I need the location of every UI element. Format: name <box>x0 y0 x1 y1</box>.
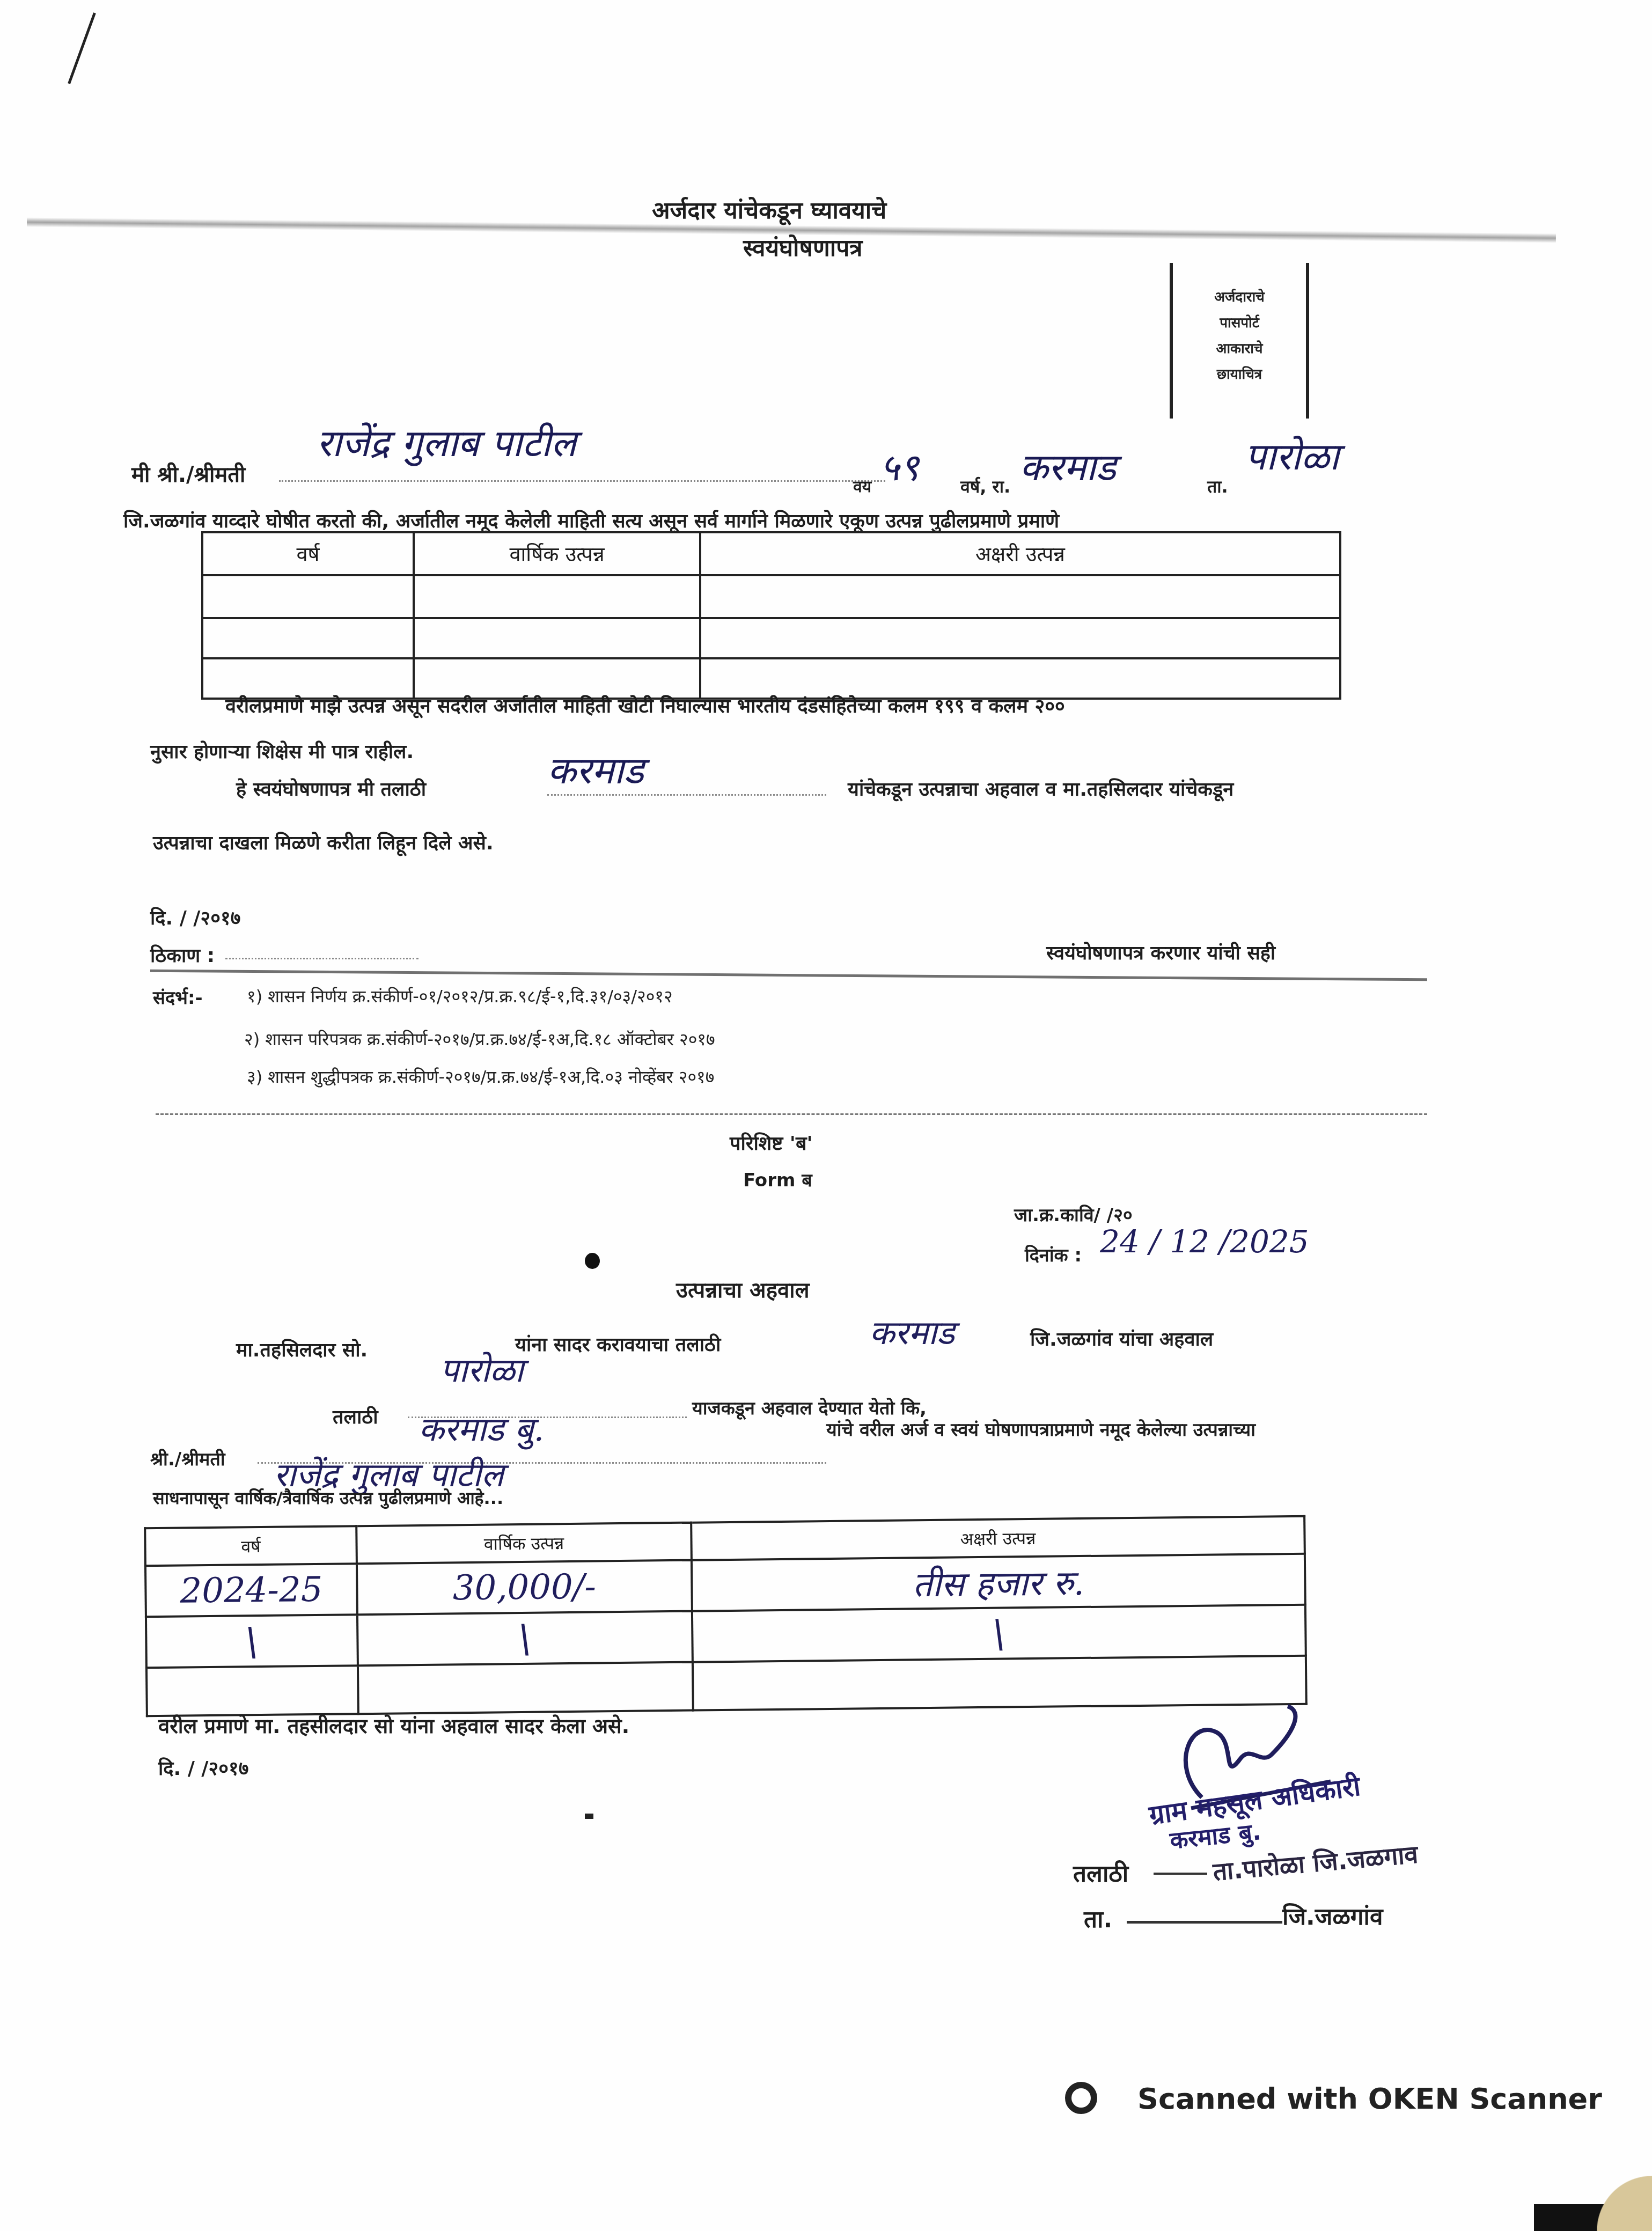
self-declaration-income-table: वर्ष वार्षिक उत्पन्न अक्षरी उत्पन्न <box>201 531 1341 700</box>
report-closing-line: वरील प्रमाणे मा. तहसीलदार सो यांना अहवाल… <box>158 1712 629 1740</box>
age-label: वय <box>853 475 871 497</box>
report-date-label: दिनांक : <box>1025 1242 1082 1267</box>
col-annual-income-header: वार्षिक उत्पन्न <box>356 1523 692 1564</box>
income-report-title: उत्पन्नाचा अहवाल <box>676 1274 810 1304</box>
oken-scanner-logo-icon <box>1065 2082 1097 2114</box>
talathi-signature-label: तलाठी <box>1073 1856 1128 1889</box>
self-declaration-subtitle: स्वयंघोषणापत्र <box>743 231 862 263</box>
talathi-field-line <box>547 794 826 796</box>
declaration-para-3: उत्पन्नाचा दाखला मिळणे करीता लिहून दिले … <box>153 829 494 855</box>
declaration-line: जि.जळगांव याव्दारे घोषीत करतो की, अर्जात… <box>123 507 1059 533</box>
scanned-document-page: अर्जदार यांचेकडून घ्यावयाचे स्वयंघोषणापत… <box>0 0 1652 2231</box>
report-talathi-handwritten: करमाड <box>869 1309 955 1354</box>
name-label: मी श्री./श्रीमती <box>131 459 245 488</box>
report-line-3-suffix: यांचे वरील अर्ज व स्वयं घोषणापत्राप्रमाण… <box>826 1417 1255 1441</box>
taluka-line <box>1127 1921 1282 1924</box>
form-label: Form ब <box>743 1167 812 1192</box>
place-field-line <box>225 958 418 959</box>
annual-income-cell: 30,000/- <box>357 1560 692 1615</box>
report-line-1-mid: यांना सादर करावयाचा तलाठी <box>515 1331 721 1357</box>
taluka-handwritten: पारोळा <box>1245 429 1339 481</box>
declaration-para-1: वरीलप्रमाणे माझे उत्पन्न असून सदरील अर्ज… <box>225 692 1065 718</box>
years-label: वर्ष, रा. <box>960 475 1010 498</box>
report-line-4: साधनापासून वार्षिक/त्रैवार्षिक उत्पन्न प… <box>153 1486 503 1509</box>
report-talathi-bu-handwritten: करमाड बु. <box>418 1406 544 1451</box>
references-label: संदर्भ:- <box>153 985 203 1009</box>
section-separator <box>156 1113 1427 1115</box>
age-handwritten: ५९ <box>880 440 919 491</box>
table-row <box>202 575 1340 618</box>
col-income-in-words-header: अक्षरी उत्पन्न <box>700 532 1340 575</box>
income-report-table: वर्ष वार्षिक उत्पन्न अक्षरी उत्पन्न 2024… <box>144 1515 1308 1718</box>
income-in-words-cell: तीस हजार रु. <box>692 1554 1305 1611</box>
report-line-1-suffix: जि.जळगांव यांचा अहवाल <box>1030 1325 1213 1352</box>
declaration-para-1b: नुसार होणाऱ्या शिक्षेस मी पात्र राहील. <box>150 738 414 764</box>
declaration-para-2-prefix: हे स्वयंघोषणापत्र मी तलाठी <box>236 775 426 802</box>
photo-placeholder-box: अर्जदाराचे पासपोर्ट आकाराचे छायाचित्र <box>1170 263 1309 419</box>
declarant-signature-label: स्वयंघोषणापत्र करणार यांची सही <box>1046 939 1275 965</box>
name-handwritten: राजेंद्र गुलाब पाटील <box>317 416 576 467</box>
photo-box-line: छायाचित्र <box>1217 362 1262 387</box>
appendix-label: परिशिष्ट 'ब' <box>730 1129 812 1156</box>
reference-item: ३) शासन शुद्धीपत्रक क्र.संकीर्ण-२०१७/प्र… <box>247 1065 714 1088</box>
district-label: जि.जळगांव <box>1282 1899 1383 1932</box>
report-closing-date: दि. / /२०१७ <box>158 1755 248 1781</box>
talathi-signature-line <box>1154 1873 1207 1875</box>
place-label: ठिकाण : <box>150 942 215 968</box>
declaration-para-2-suffix: यांचेकडून उत्पन्नाचा अहवाल व मा.तहसिलदार… <box>848 775 1234 802</box>
reference-item: २) शासन परिपत्रक क्र.संकीर्ण-२०१७/प्र.क्… <box>244 1028 715 1051</box>
scanner-watermark-text: Scanned with OKEN Scanner <box>1137 2082 1602 2116</box>
name-field-line <box>279 480 885 482</box>
taluka-label: ता. <box>1207 475 1228 498</box>
col-year-header: वर्ष <box>202 532 414 575</box>
declaration-date: दि. / /२०१७ <box>150 904 240 930</box>
section-divider <box>150 970 1427 981</box>
col-income-in-words-header: अक्षरी उत्पन्न <box>691 1516 1305 1560</box>
photo-box-line: अर्जदाराचे <box>1214 284 1265 310</box>
photo-box-line: आकाराचे <box>1216 336 1262 362</box>
pen-mark <box>68 12 96 84</box>
report-line-2-prefix: तलाठी <box>333 1403 378 1429</box>
report-line-3-prefix: श्री./श्रीमती <box>150 1446 225 1471</box>
background-surface <box>1588 2167 1652 2231</box>
col-annual-income-header: वार्षिक उत्पन्न <box>414 532 700 575</box>
village-handwritten: करमाड <box>1019 440 1116 491</box>
report-line-1-prefix: मा.तहसिलदार सो. <box>236 1336 368 1362</box>
reference-item: १) शासन निर्णय क्र.संकीर्ण-०१/२०१२/प्र.क… <box>247 985 673 1008</box>
self-declaration-title: अर्जदार यांचेकडून घ्यावयाचे <box>652 193 886 225</box>
year-cell: 2024-25 <box>145 1564 357 1617</box>
report-date-handwritten: 24 / 12 /2025 <box>1100 1223 1309 1260</box>
taluka-label: ता. <box>1084 1902 1112 1934</box>
punch-hole-mark <box>585 1253 600 1269</box>
photo-box-line: पासपोर्ट <box>1220 310 1259 336</box>
tahsil-handwritten: पारोळा <box>440 1347 524 1392</box>
talathi-village-handwritten: करमाड <box>547 743 644 795</box>
col-year-header: वर्ष <box>145 1526 357 1566</box>
page-mark <box>585 1814 593 1819</box>
table-row <box>202 618 1340 658</box>
